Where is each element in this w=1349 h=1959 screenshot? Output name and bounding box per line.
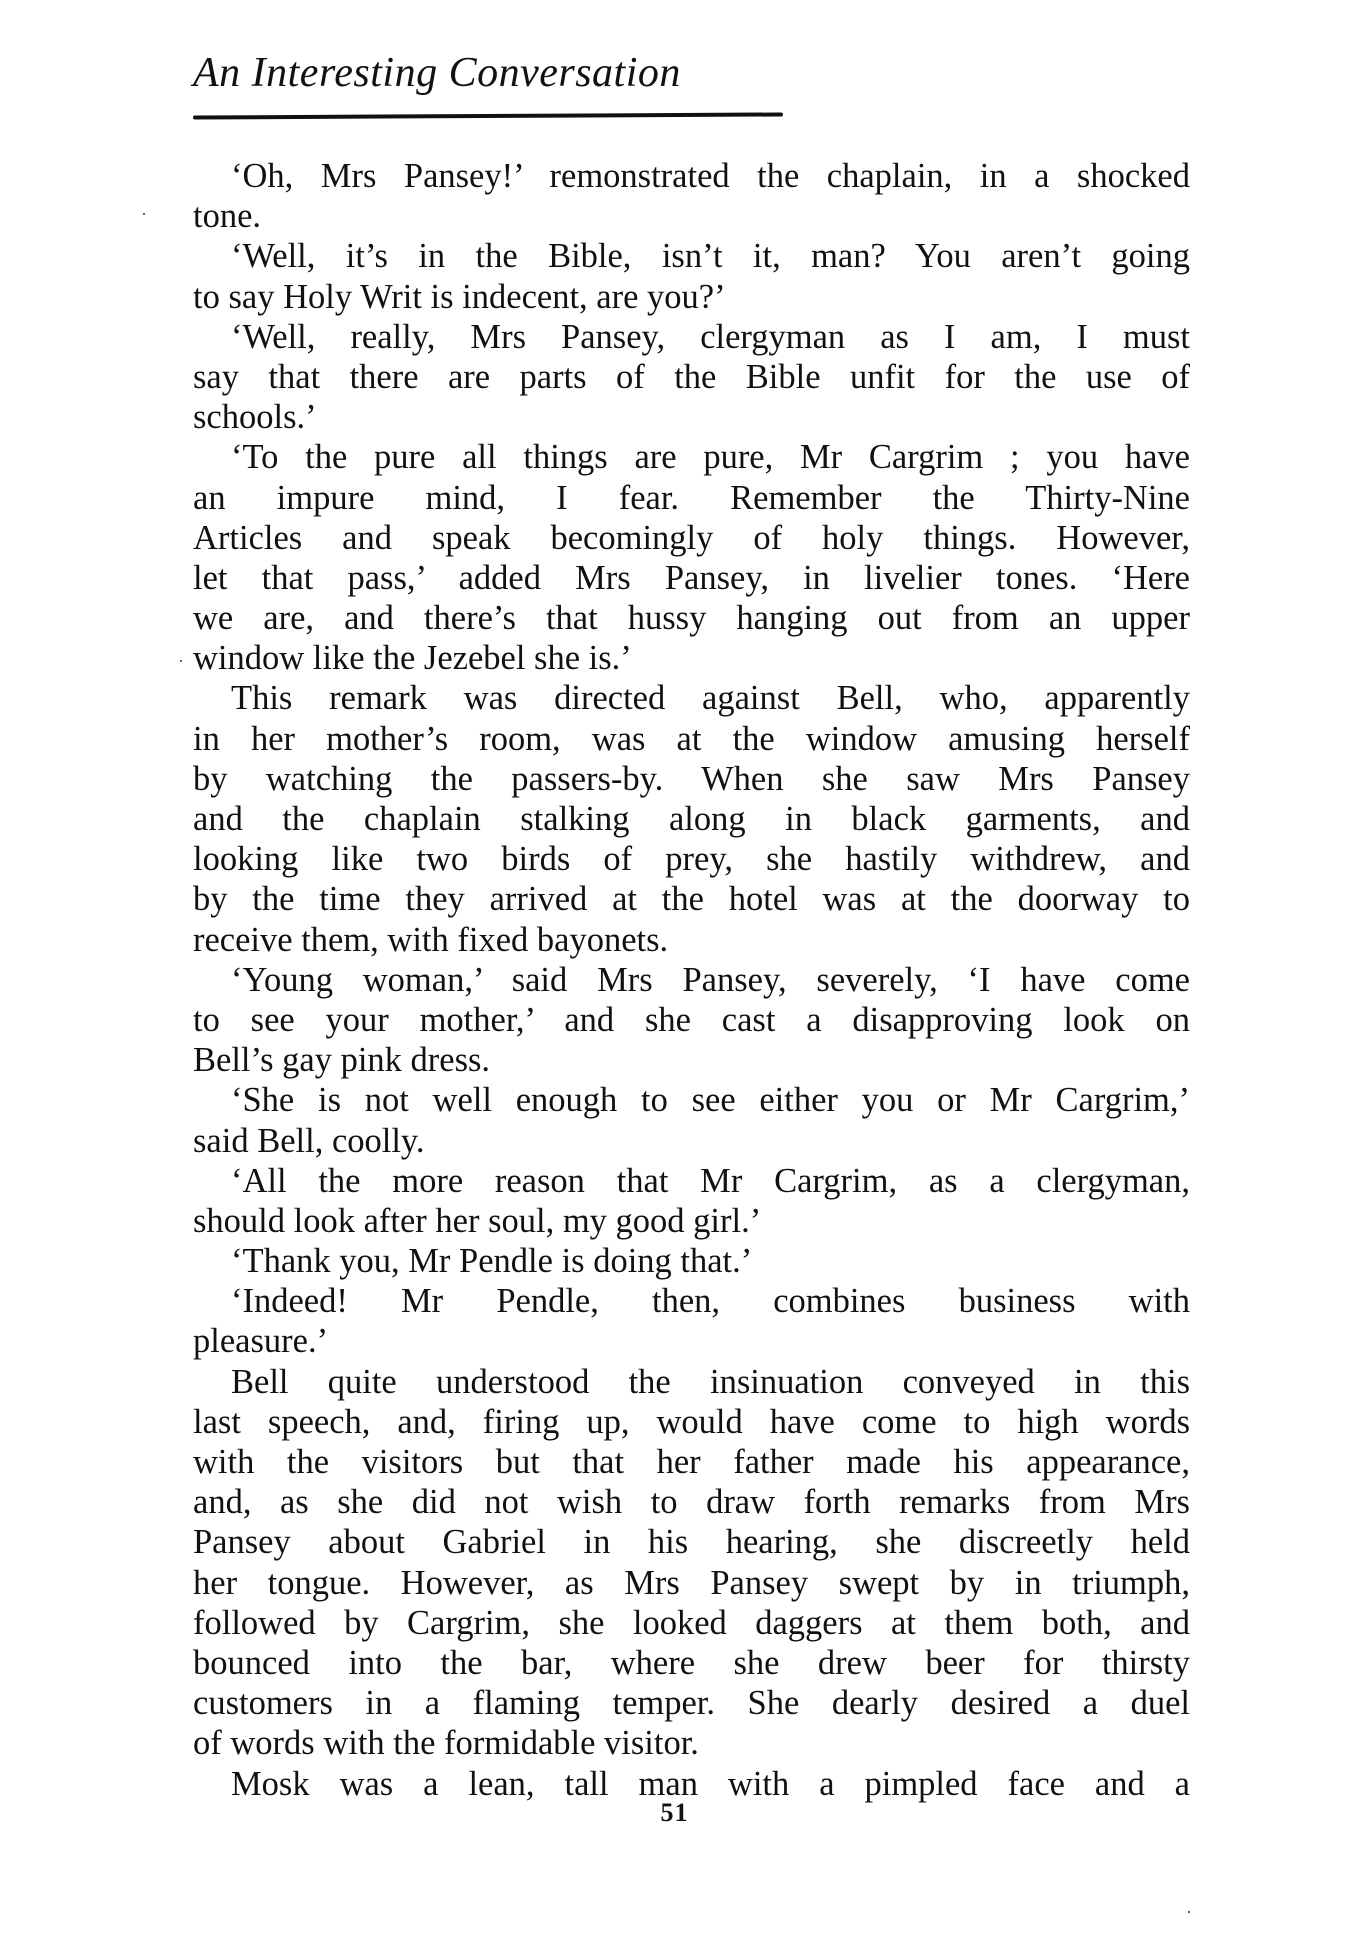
text-line: tone. <box>193 196 1190 236</box>
text-line: ‘Thank you, Mr Pendle is doing that.’ <box>193 1241 1190 1281</box>
text-line: her tongue. However, as Mrs Pansey swept… <box>193 1563 1190 1603</box>
text-line: receive them, with fixed bayonets. <box>193 920 1190 960</box>
text-line: an impure mind, I fear. Remember the Thi… <box>193 478 1190 518</box>
text-line: say that there are parts of the Bible un… <box>193 357 1190 397</box>
text-line: ‘All the more reason that Mr Cargrim, as… <box>193 1161 1190 1201</box>
page-number: 51 <box>0 1798 1349 1828</box>
text-line: This remark was directed against Bell, w… <box>193 678 1190 718</box>
text-line: and, as she did not wish to draw forth r… <box>193 1482 1190 1522</box>
text-line: last speech, and, firing up, would have … <box>193 1402 1190 1442</box>
text-line: with the visitors but that her father ma… <box>193 1442 1190 1482</box>
text-line: Bell’s gay pink dress. <box>193 1040 1190 1080</box>
running-head: An Interesting Conversation <box>193 52 681 94</box>
scan-speck <box>143 213 145 215</box>
text-line: ‘Well, it’s in the Bible, isn’t it, man?… <box>193 236 1190 276</box>
text-line: to say Holy Writ is indecent, are you?’ <box>193 277 1190 317</box>
text-line: we are, and there’s that hussy hanging o… <box>193 598 1190 638</box>
text-line: ‘Well, really, Mrs Pansey, clergyman as … <box>193 317 1190 357</box>
text-line: pleasure.’ <box>193 1321 1190 1361</box>
text-line: schools.’ <box>193 397 1190 437</box>
text-line: Pansey about Gabriel in his hearing, she… <box>193 1522 1190 1562</box>
scan-speck <box>180 660 182 662</box>
text-line: in her mother’s room, was at the window … <box>193 719 1190 759</box>
text-line: and the chaplain stalking along in black… <box>193 799 1190 839</box>
text-line: bounced into the bar, where she drew bee… <box>193 1643 1190 1683</box>
header-rule <box>193 112 783 119</box>
text-line: to see your mother,’ and she cast a disa… <box>193 1000 1190 1040</box>
text-line: said Bell, coolly. <box>193 1121 1190 1161</box>
book-page: An Interesting Conversation ‘Oh, Mrs Pan… <box>0 0 1349 1959</box>
text-line: of words with the formidable visitor. <box>193 1723 1190 1763</box>
text-line: ‘Indeed! Mr Pendle, then, combines busin… <box>193 1281 1190 1321</box>
text-line: ‘She is not well enough to see either yo… <box>193 1080 1190 1120</box>
text-line: let that pass,’ added Mrs Pansey, in liv… <box>193 558 1190 598</box>
text-line: ‘Young woman,’ said Mrs Pansey, severely… <box>193 960 1190 1000</box>
text-line: Bell quite understood the insinuation co… <box>193 1362 1190 1402</box>
scan-speck <box>1188 1911 1190 1913</box>
text-line: window like the Jezebel she is.’ <box>193 638 1190 678</box>
text-line: followed by Cargrim, she looked daggers … <box>193 1603 1190 1643</box>
text-line: should look after her soul, my good girl… <box>193 1201 1190 1241</box>
text-line: customers in a flaming temper. She dearl… <box>193 1683 1190 1723</box>
text-line: ‘Oh, Mrs Pansey!’ remonstrated the chapl… <box>193 156 1190 196</box>
text-line: by watching the passers-by. When she saw… <box>193 759 1190 799</box>
text-line: by the time they arrived at the hotel wa… <box>193 879 1190 919</box>
body-text: ‘Oh, Mrs Pansey!’ remonstrated the chapl… <box>193 156 1190 1804</box>
text-line: looking like two birds of prey, she hast… <box>193 839 1190 879</box>
text-line: Articles and speak becomingly of holy th… <box>193 518 1190 558</box>
text-line: ‘To the pure all things are pure, Mr Car… <box>193 437 1190 477</box>
